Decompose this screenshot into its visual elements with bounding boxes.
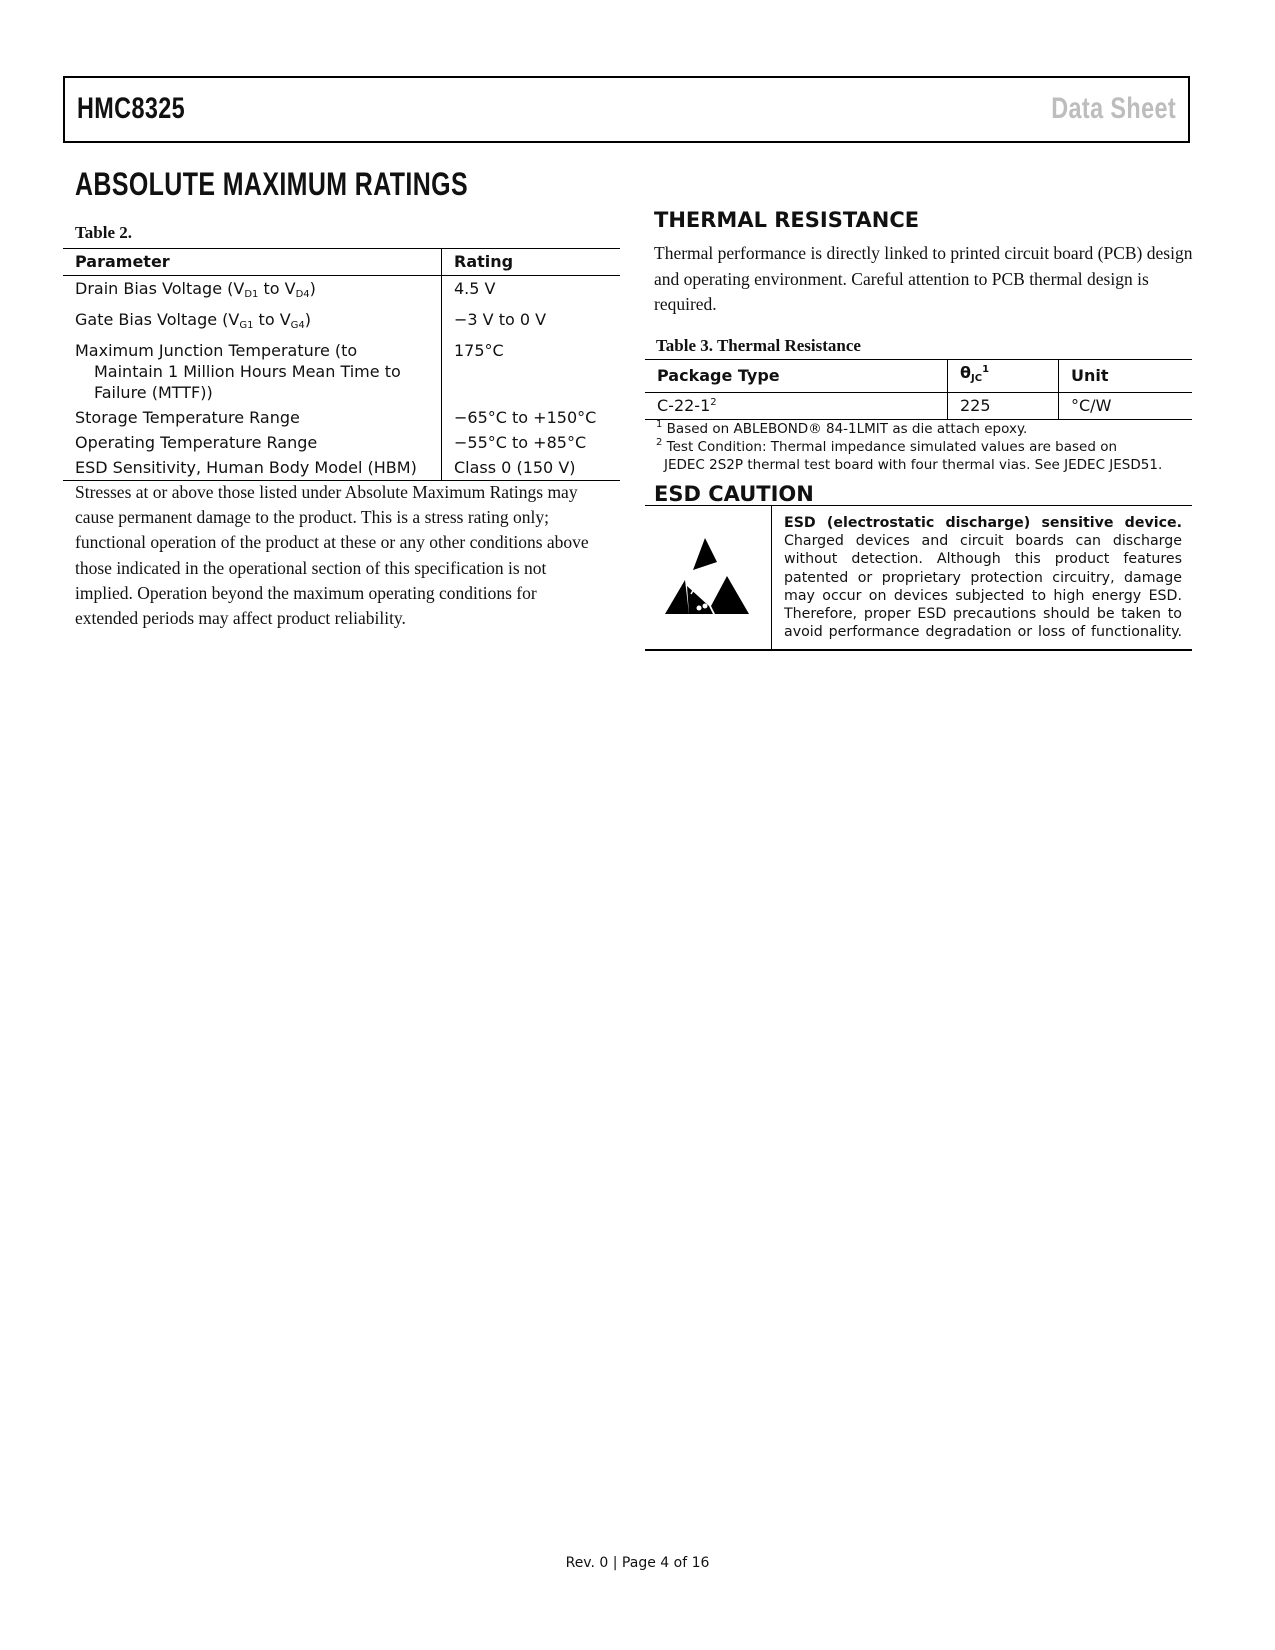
table-header-row: Parameter Rating — [63, 249, 620, 276]
column-header-package-type: Package Type — [645, 360, 948, 393]
parameter-cell: Gate Bias Voltage (VG1 to VG4) — [63, 307, 442, 338]
thermal-resistance-heading: THERMAL RESISTANCE — [654, 208, 919, 232]
table-row: C-22-12 225 °C/W — [645, 393, 1192, 420]
rating-cell: 175°C — [442, 338, 621, 405]
theta-cell: 225 — [948, 393, 1059, 420]
parameter-cell: Maximum Junction Temperature (toMaintain… — [63, 338, 442, 405]
footnote-1: 1 Based on ABLEBOND® 84-1LMIT as die att… — [656, 420, 1196, 438]
rating-cell: −3 V to 0 V — [442, 307, 621, 338]
table-row: Maximum Junction Temperature (toMaintain… — [63, 338, 620, 405]
parameter-cell: Storage Temperature Range — [63, 405, 442, 430]
parameter-cell: Drain Bias Voltage (VD1 to VD4) — [63, 276, 442, 308]
absolute-max-ratings-table: Parameter Rating Drain Bias Voltage (VD1… — [63, 248, 620, 481]
footnote-2-continued: JEDEC 2S2P thermal test board with four … — [656, 456, 1196, 474]
package-cell: C-22-12 — [645, 393, 948, 420]
table-row: ESD Sensitivity, Human Body Model (HBM) … — [63, 455, 620, 481]
unit-cell: °C/W — [1059, 393, 1193, 420]
thermal-resistance-paragraph: Thermal performance is directly linked t… — [654, 241, 1194, 318]
page-header: HMC8325 Data Sheet — [63, 76, 1190, 143]
doc-type-label: Data Sheet — [1051, 92, 1176, 126]
esd-caution-bold-line: ESD (electrostatic discharge) sensitive … — [784, 514, 1182, 532]
column-header-theta-jc: θJC1 — [948, 360, 1059, 393]
section-title: ABSOLUTE MAXIMUM RATINGS — [75, 166, 468, 203]
table-row: Gate Bias Voltage (VG1 to VG4) −3 V to 0… — [63, 307, 620, 338]
thermal-resistance-table: Package Type θJC1 Unit C-22-12 225 °C/W — [645, 359, 1192, 420]
esd-caution-body: Charged devices and circuit boards can d… — [784, 532, 1182, 641]
rating-cell: 4.5 V — [442, 276, 621, 308]
stress-note-paragraph: Stresses at or above those listed under … — [75, 480, 595, 631]
rating-cell: −65°C to +150°C — [442, 405, 621, 430]
column-header-parameter: Parameter — [63, 249, 442, 276]
parameter-cell: ESD Sensitivity, Human Body Model (HBM) — [63, 455, 442, 481]
parameter-cell: Operating Temperature Range — [63, 430, 442, 455]
column-header-unit: Unit — [1059, 360, 1193, 393]
esd-caution-text: ESD (electrostatic discharge) sensitive … — [784, 514, 1182, 641]
esd-box-divider — [771, 506, 772, 649]
column-header-rating: Rating — [442, 249, 621, 276]
table-row: Operating Temperature Range −55°C to +85… — [63, 430, 620, 455]
rating-cell: −55°C to +85°C — [442, 430, 621, 455]
table2-caption: Table 2. — [75, 223, 132, 243]
part-number: HMC8325 — [77, 92, 185, 126]
esd-caution-heading: ESD CAUTION — [654, 482, 814, 506]
page-footer: Rev. 0 | Page 4 of 16 — [0, 1555, 1275, 1571]
footnote-2: 2 Test Condition: Thermal impedance simu… — [656, 438, 1196, 456]
table-row: Storage Temperature Range −65°C to +150°… — [63, 405, 620, 430]
esd-caution-box: ESD (electrostatic discharge) sensitive … — [645, 505, 1192, 651]
rating-cell: Class 0 (150 V) — [442, 455, 621, 481]
esd-warning-icon — [657, 536, 753, 616]
table-header-row: Package Type θJC1 Unit — [645, 360, 1192, 393]
table3-footnotes: 1 Based on ABLEBOND® 84-1LMIT as die att… — [656, 420, 1196, 474]
table-row: Drain Bias Voltage (VD1 to VD4) 4.5 V — [63, 276, 620, 308]
table3-caption: Table 3. Thermal Resistance — [656, 336, 861, 356]
